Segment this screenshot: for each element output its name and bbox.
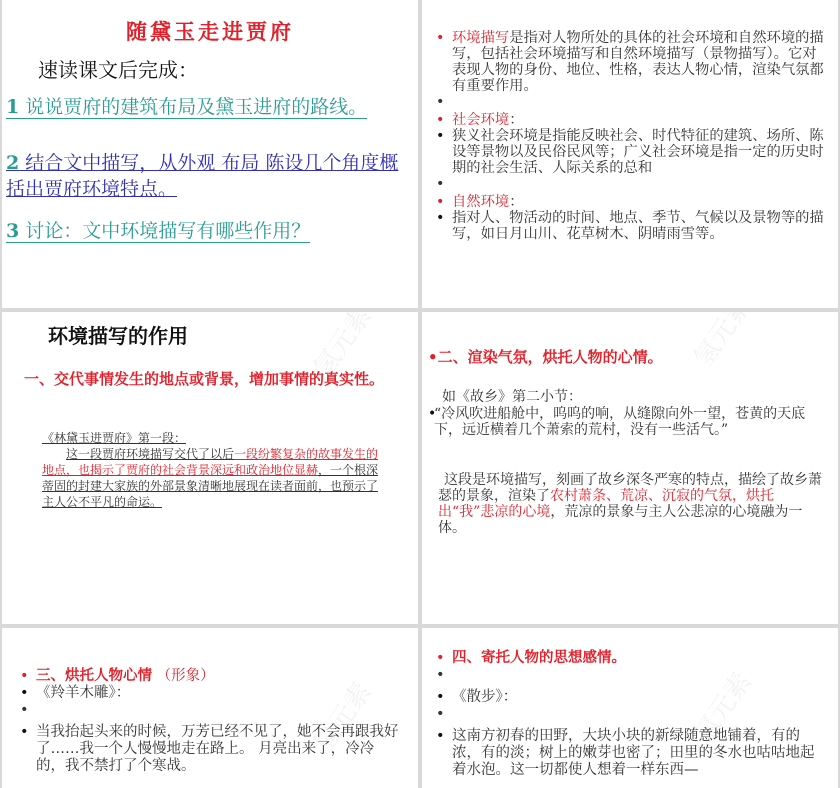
- function-point-4: 四、寄托人物的思想感情。: [436, 650, 828, 667]
- definition-list: 环境描写是指对人物所处的具体的社会环境和自然环境的描写，包括社会环境描写和自然环…: [436, 30, 828, 242]
- function-point-1: 一、交代事情发生的地点或背景，增加事情的真实性。: [24, 370, 404, 388]
- slide-1-thumbnail[interactable]: 随黛玉走进贾府 速读课文后完成： 1 说说贾府的建筑布局及黛玉进府的路线。 2 …: [2, 0, 418, 308]
- analysis-text: 这段是环境描写，刻画了故乡深冬严寒的特点，描绘了故乡萧瑟的景象，渲染了农村萧条、…: [438, 472, 823, 536]
- slide-4-thumbnail[interactable]: •二、渲染气氛，烘托人物的心情。 如《故乡》第二小节： “冷风吹进船舱中，呜呜的…: [422, 312, 838, 624]
- question-1: 1 说说贾府的建筑布局及黛玉进府的路线。: [6, 94, 367, 120]
- example-quote: 这南方初春的田野，大块小块的新绿随意地铺着，有的浓，有的淡；树上的嫩芽也密了；田…: [436, 728, 828, 779]
- excerpt-title: 《林黛玉进贾府》第一段：: [42, 431, 186, 445]
- function-point-2: •二、渲染气氛，烘托人物的心情。: [428, 346, 663, 367]
- spacer: [20, 702, 400, 724]
- content-list: 四、寄托人物的思想感情。 《散步》： 这南方初春的田野，大块小块的新绿随意地铺着…: [436, 650, 828, 779]
- natural-env-label: 自然环境：: [436, 194, 828, 210]
- slide-5-thumbnail[interactable]: 三、烘托人物心情 （形象） 《羚羊木雕》： 当我抬起头来的时候，万芳已经不见了，…: [2, 628, 418, 788]
- definition-item: 环境描写是指对人物所处的具体的社会环境和自然环境的描写，包括社会环境描写和自然环…: [436, 30, 828, 94]
- spacer: [436, 176, 828, 194]
- content-list: 三、烘托人物心情 （形象） 《羚羊木雕》： 当我抬起头来的时候，万芳已经不见了，…: [20, 668, 400, 775]
- spacer: [436, 706, 828, 728]
- excerpt-text: 这一段贾府环境描写交代了以后: [66, 447, 234, 461]
- example-quote: “冷风吹进船舱中，呜呜的响，从缝隙向外一望，苍黄的天底下，远近横着几个萧索的荒村…: [428, 406, 823, 438]
- excerpt-block: 《林黛玉进贾府》第一段： 这一段贾府环境描写交代了以后一段纷繁复杂的故事发生的地…: [42, 430, 382, 510]
- natural-env-text: 指对人、物活动的时间、地点、季节、气候以及景物等的描写，如日月山川、花草树木、阴…: [436, 210, 828, 242]
- function-point-3: 三、烘托人物心情 （形象）: [20, 668, 400, 685]
- social-env-label: 社会环境：: [436, 112, 828, 128]
- slide-title: 随黛玉走进贾府: [2, 16, 418, 46]
- example-source: 《羚羊木雕》：: [20, 685, 400, 702]
- section-heading: 环境描写的作用: [48, 320, 188, 349]
- slide-6-thumbnail[interactable]: 四、寄托人物的思想感情。 《散步》： 这南方初春的田野，大块小块的新绿随意地铺着…: [422, 628, 838, 788]
- example-source: 《散步》：: [436, 689, 828, 706]
- spacer: [436, 94, 828, 112]
- example-quote-list: “冷风吹进船舱中，呜呜的响，从缝隙向外一望，苍黄的天底下，远近横着几个萧索的荒村…: [428, 406, 823, 438]
- spacer: [436, 667, 828, 689]
- question-2: 2 结合文中描写，从外观 布局 陈设几个角度概括出贾府环境特点。: [6, 150, 406, 202]
- question-3: 3 讨论：文中环境描写有哪些作用？: [6, 218, 310, 244]
- example-quote: 当我抬起头来的时候，万芳已经不见了，她不会再跟我好了……我一个人慢慢地走在路上。…: [20, 724, 400, 775]
- example-source: 如《故乡》第二小节：: [442, 386, 582, 406]
- slide-subtitle: 速读课文后完成：: [38, 54, 198, 83]
- social-env-text: 狭义社会环境是指能反映社会、时代特征的建筑、场所、陈设等景物以及民俗民风等；广义…: [436, 128, 828, 176]
- watermark: 氢元素: [683, 312, 758, 373]
- slide-2-thumbnail[interactable]: 环境描写是指对人物所处的具体的社会环境和自然环境的描写，包括社会环境描写和自然环…: [422, 0, 838, 308]
- slide-3-thumbnail[interactable]: 环境描写的作用 一、交代事情发生的地点或背景，增加事情的真实性。 《林黛玉进贾府…: [2, 312, 418, 624]
